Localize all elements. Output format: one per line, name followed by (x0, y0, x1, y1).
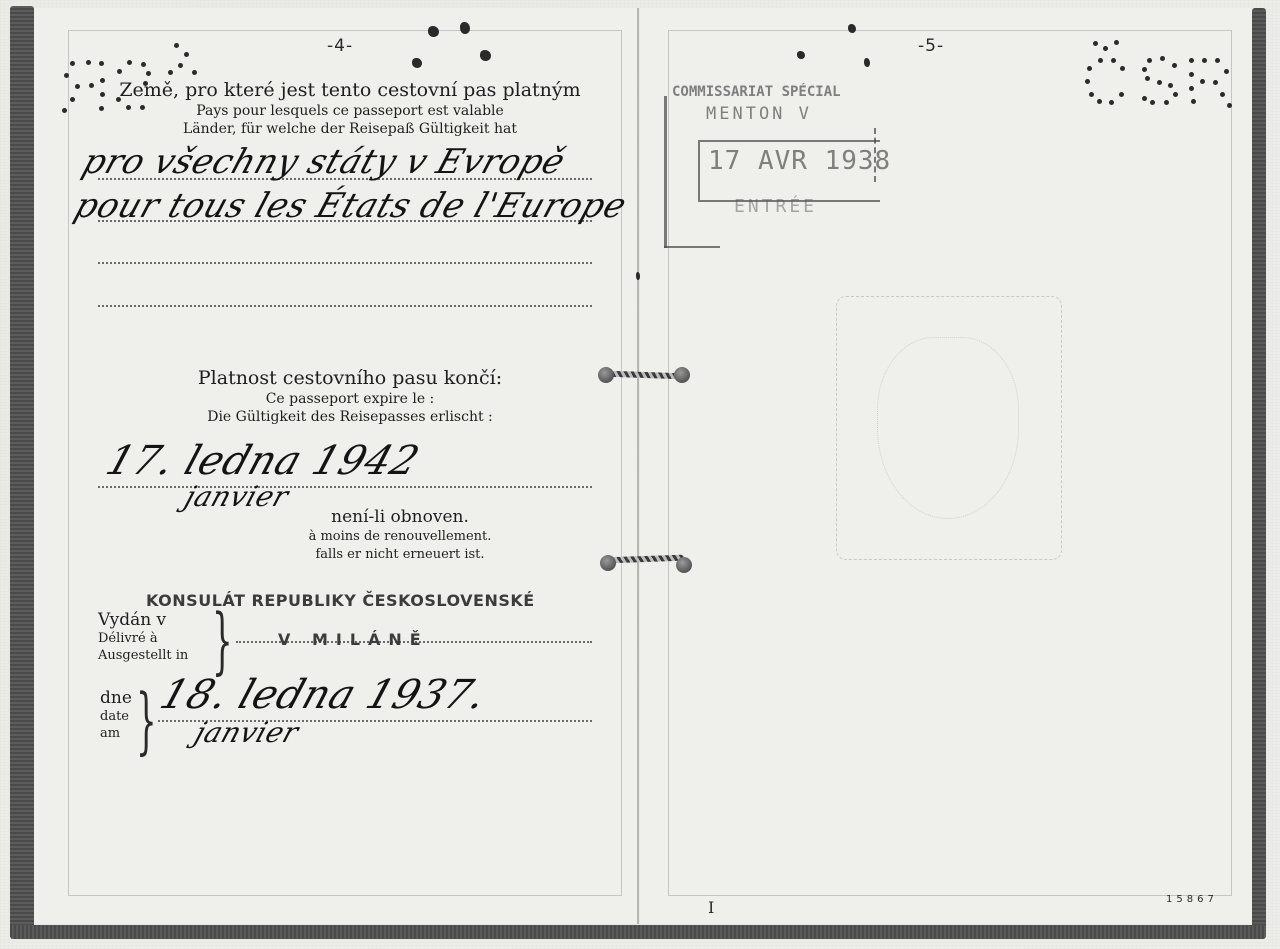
cover-edge-left (10, 6, 34, 938)
handwritten-expiry-date: 17. ledna 1942 (101, 438, 425, 484)
expiry-header: Platnost cestovního pasu končí: Ce passe… (100, 366, 600, 426)
page-gutter (637, 8, 639, 924)
perforation-hole (1097, 99, 1102, 104)
entry-stamp-line1: COMMISSARIAT SPÉCIAL (672, 84, 841, 100)
stitch-knot (676, 557, 692, 573)
perforation-hole (1224, 69, 1229, 74)
perforation-hole (1191, 99, 1196, 104)
perforation-hole (1157, 80, 1162, 85)
ink-blot (797, 51, 805, 59)
consulate-stamp-line2: V MILÁNĚ (278, 630, 429, 649)
issued-at-labels: Vydán v Délivré à Ausgestellt in (98, 610, 188, 664)
issued-on-labels: dne date am (100, 688, 132, 742)
handwritten-issue-month-fr: janvier (191, 716, 303, 749)
perforation-hole (70, 97, 75, 102)
cover-edge-right (1252, 8, 1266, 938)
ink-blot (480, 50, 491, 61)
form-line (98, 262, 592, 264)
perforation-hole (1085, 79, 1090, 84)
ink-blot (636, 272, 640, 280)
perforation-hole (127, 60, 132, 65)
perforation-hole (1168, 83, 1173, 88)
perforation-hole (1160, 56, 1165, 61)
page-number-right: -5- (918, 36, 944, 56)
expiry-label-cs: Platnost cestovního pasu končí: (100, 366, 600, 390)
entry-stamp-date: 17 AVR 1938 (708, 146, 891, 176)
perforation-hole (1173, 92, 1178, 97)
perforation-hole (146, 71, 151, 76)
perforation-hole (1109, 100, 1114, 105)
perforation-hole (1089, 92, 1094, 97)
perforation-hole (1103, 46, 1108, 51)
entry-stamp-line4: ENTRÉE (734, 196, 817, 217)
perforation-hole (1200, 79, 1205, 84)
perforation-hole (184, 52, 189, 57)
perforation-hole (1227, 103, 1232, 108)
handwritten-countries-fr: pour tous les États de l'Europe (70, 186, 632, 226)
perforation-hole (1189, 72, 1194, 77)
renewal-note: není-li obnoven. à moins de renouvelleme… (200, 506, 600, 564)
expiry-label-de: Die Gültigkeit des Reisepasses erlischt … (100, 408, 600, 426)
validity-label-fr: Pays pour lesquels ce passeport est vala… (100, 102, 600, 120)
lion-watermark-icon (877, 337, 1019, 519)
perforation-hole (1172, 63, 1177, 68)
perforation-hole (117, 69, 122, 74)
perforation-hole (62, 108, 67, 113)
issued-on-label-cs: dne (100, 688, 132, 708)
ink-blot (848, 24, 856, 33)
perforation-hole (1087, 66, 1092, 71)
perforation-hole (1142, 67, 1147, 72)
entry-stamp-bottom-border (664, 246, 720, 248)
entry-stamp-line2: MENTON V (706, 104, 812, 124)
issued-at-label-fr: Délivré à (98, 630, 188, 647)
perforation-hole (75, 84, 80, 89)
perforation-hole (1202, 58, 1207, 63)
perforation-hole (99, 61, 104, 66)
issued-at-label-cs: Vydán v (98, 610, 188, 630)
perforation-hole (1119, 92, 1124, 97)
passport-serial-number: 15867 (1166, 894, 1218, 905)
validity-label-cs: Země, pro které jest tento cestovní pas … (100, 78, 600, 102)
perforation-hole (192, 70, 197, 75)
stitch-knot (600, 555, 616, 571)
validity-label-de: Länder, für welche der Reisepaß Gültigke… (100, 120, 600, 138)
perforation-hole (1114, 40, 1119, 45)
issued-at-brace: } (212, 598, 233, 682)
perforation-hole (1189, 86, 1194, 91)
validity-countries-header: Země, pro které jest tento cestovní pas … (100, 78, 600, 138)
issued-at-label-de: Ausgestellt in (98, 647, 188, 664)
perforation-hole (1093, 41, 1098, 46)
coat-of-arms-watermark (836, 296, 1062, 560)
renewal-note-de: falls er nicht erneuert ist. (200, 546, 600, 564)
stitch-knot (598, 367, 614, 383)
perforation-hole (1142, 96, 1147, 101)
handwritten-countries-cs: pro všechny státy v Evropě (78, 142, 571, 182)
perforation-hole (89, 83, 94, 88)
perforation-hole (174, 43, 179, 48)
issued-on-brace: } (136, 678, 157, 762)
perforation-hole (168, 70, 173, 75)
perforation-hole (178, 63, 183, 68)
form-line (98, 486, 592, 488)
perforation-hole (1213, 80, 1218, 85)
perforation-hole (1150, 100, 1155, 105)
perforation-hole (1189, 58, 1194, 63)
perforation-hole (1111, 58, 1116, 63)
ink-blot (864, 58, 870, 67)
perforation-hole (86, 60, 91, 65)
issued-on-label-de: am (100, 725, 132, 742)
expiry-label-fr: Ce passeport expire le : (100, 390, 600, 408)
cover-edge-bottom (10, 925, 1266, 939)
ink-blot (412, 58, 422, 68)
perforation-hole (1164, 100, 1169, 105)
ink-blot (460, 22, 470, 34)
footer-roman-numeral: I (708, 898, 714, 917)
renewal-note-cs: není-li obnoven. (200, 506, 600, 528)
form-line (98, 305, 592, 307)
perforation-hole (1120, 66, 1125, 71)
issued-on-label-fr: date (100, 708, 132, 725)
entry-stamp-left-border (664, 96, 667, 248)
perforation-hole (1098, 58, 1103, 63)
handwritten-issue-date: 18. ledna 1937. (155, 672, 493, 718)
page-number-left: -4- (327, 36, 353, 56)
consulate-stamp-line1: KONSULÁT REPUBLIKY ČESKOSLOVENSKÉ (146, 591, 535, 610)
perforation-hole (1147, 58, 1152, 63)
perforation-hole (1145, 76, 1150, 81)
renewal-note-fr: à moins de renouvellement. (200, 528, 600, 546)
ink-blot (428, 26, 439, 37)
perforation-hole (1220, 92, 1225, 97)
perforation-hole (1215, 58, 1220, 63)
perforation-hole (64, 73, 69, 78)
stitch-knot (674, 367, 690, 383)
perforation-hole (141, 62, 146, 67)
perforation-hole (70, 61, 75, 66)
